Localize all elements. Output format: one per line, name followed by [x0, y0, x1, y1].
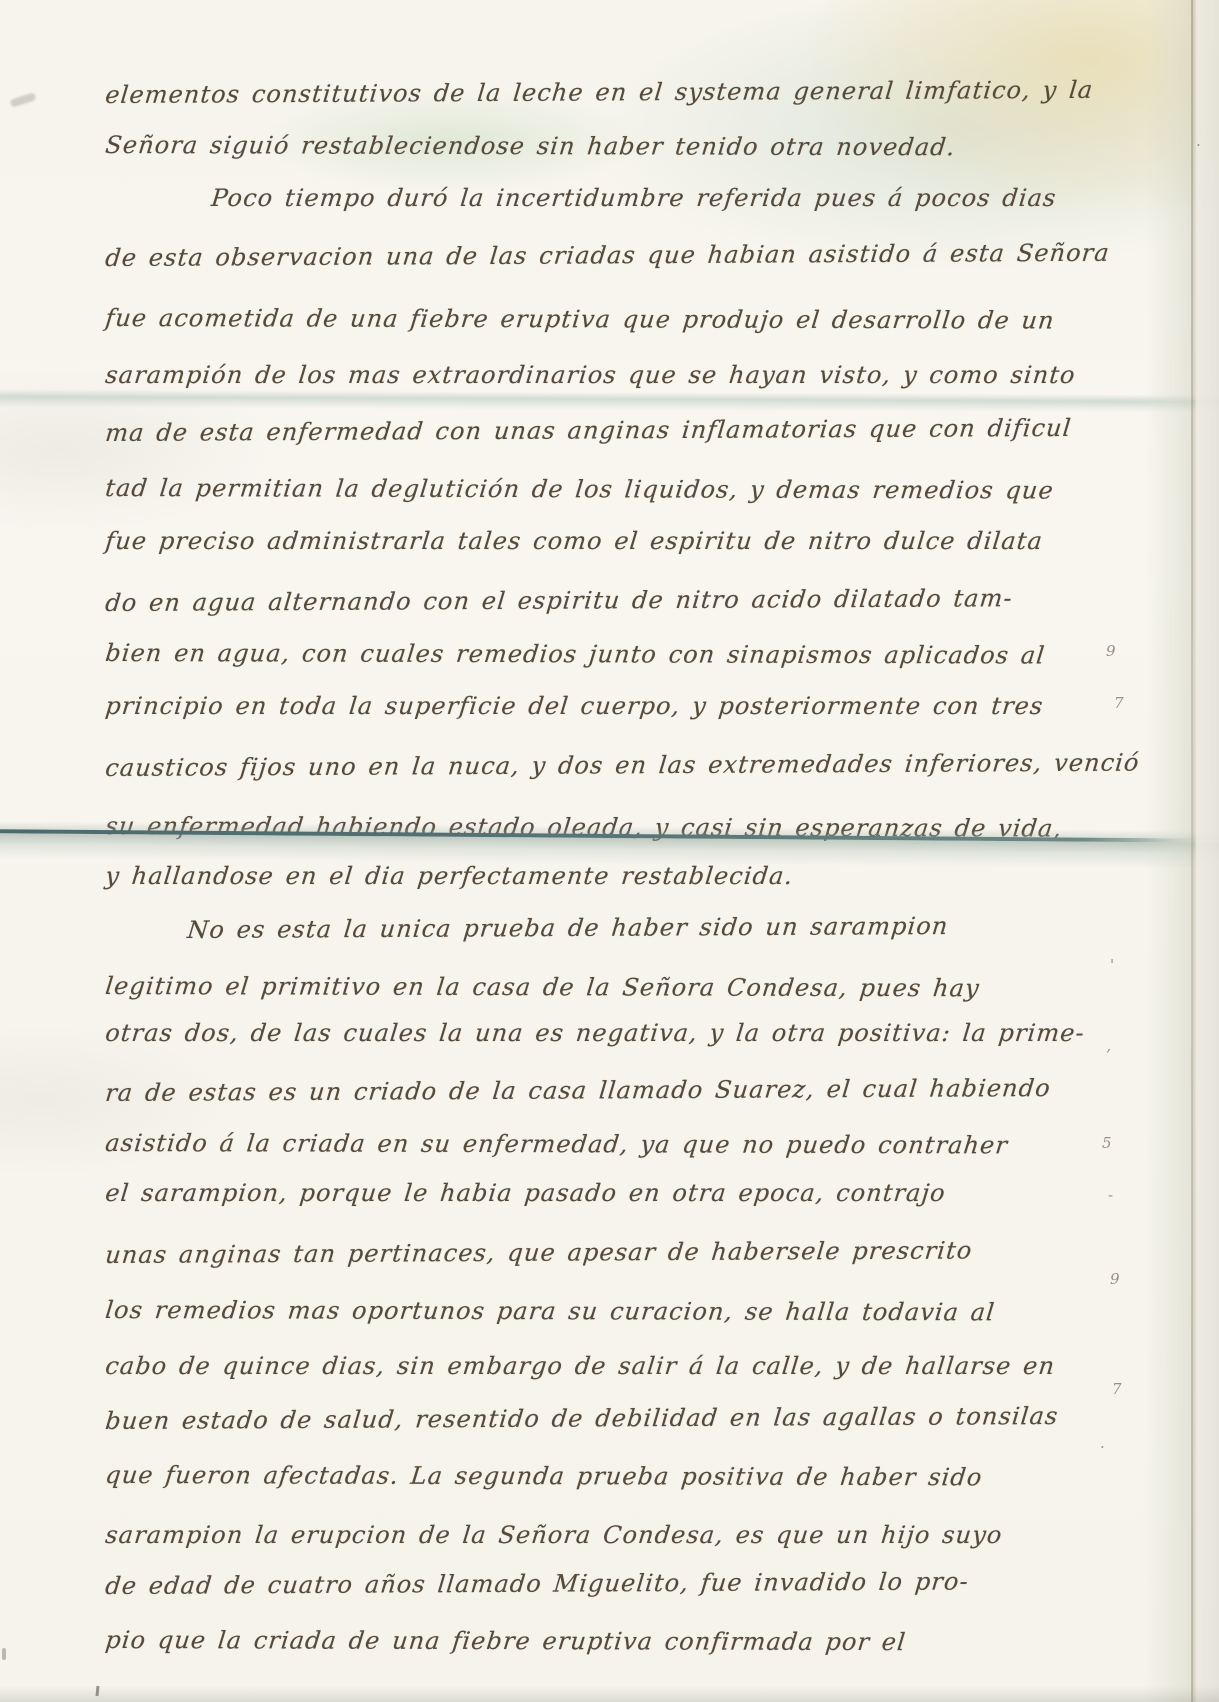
- manuscript-line: los remedios mas oportunos para su curac…: [104, 1296, 997, 1326]
- ink-bleed-mark: 7: [1114, 694, 1124, 712]
- manuscript-line: que fueron afectadas. La segunda prueba …: [104, 1461, 984, 1491]
- manuscript-line: Señora siguió restableciendose sin haber…: [104, 131, 957, 161]
- manuscript-line: ra de estas es un criado de la casa llam…: [104, 1074, 1052, 1107]
- manuscript-line: No es esta la unica prueba de haber sido…: [186, 912, 950, 944]
- manuscript-line: sarampión de los mas extraordinarios que…: [104, 361, 1077, 389]
- manuscript-line: bien en agua, con cuales remedios junto …: [104, 639, 1047, 669]
- manuscript-line: sarampion la erupcion de la Señora Conde…: [104, 1521, 1004, 1549]
- manuscript-line: legitimo el primitivo en la casa de la S…: [104, 972, 981, 1002]
- manuscript-line: ma de esta enfermedad con unas anginas i…: [104, 414, 1073, 447]
- manuscript-line: el sarampion, porque le habia pasado en …: [104, 1179, 947, 1207]
- ink-bleed-mark: ’: [1106, 1046, 1111, 1064]
- manuscript-line: causticos fijos uno en la nuca, y dos en…: [104, 749, 1141, 782]
- ink-bleed-mark: .: [1100, 1434, 1105, 1452]
- ink-bleed-mark: ·: [1196, 136, 1201, 154]
- manuscript-line: de esta observacion una de las criadas q…: [104, 239, 1111, 272]
- ink-bleed-mark: 9: [1106, 642, 1116, 660]
- manuscript-line: fue acometida de una fiebre eruptiva que…: [104, 304, 1056, 334]
- page-right-edge: [1145, 0, 1219, 1702]
- page-edge-line: [1191, 0, 1193, 1702]
- manuscript-line: otras dos, de las cuales la una es negat…: [104, 1019, 1086, 1047]
- paper-smudge: [2, 1648, 6, 1660]
- scan-bottom-shadow: [0, 1686, 1219, 1702]
- ink-bleed-mark: -: [1108, 1186, 1113, 1204]
- ink-bleed-mark: 9: [1110, 1270, 1120, 1288]
- ink-bleed-mark: 7: [1112, 1380, 1122, 1398]
- manuscript-line: elementos constitutivos de la leche en e…: [104, 76, 1095, 109]
- manuscript-line: tad la permitian la deglutición de los l…: [104, 474, 1055, 504]
- ink-bleed-mark: ': [1110, 956, 1114, 974]
- manuscript-line: unas anginas tan pertinaces, que apesar …: [104, 1236, 974, 1269]
- manuscript-page: elementos constitutivos de la leche en e…: [0, 0, 1219, 1702]
- manuscript-line: fue preciso administrarla tales como el …: [104, 527, 1044, 555]
- manuscript-line: cabo de quince dias, sin embargo de sali…: [104, 1352, 1057, 1380]
- manuscript-line: do en agua alternando con el espiritu de…: [104, 584, 1014, 617]
- manuscript-line: Poco tiempo duró la incertidumbre referi…: [210, 184, 1058, 212]
- manuscript-line: de edad de cuatro años llamado Miguelito…: [104, 1567, 970, 1600]
- ink-bleed-mark: 5: [1102, 1134, 1112, 1152]
- manuscript-line: asistido á la criada en su enfermedad, y…: [104, 1129, 1010, 1159]
- manuscript-line: buen estado de salud, resentido de debil…: [104, 1402, 1060, 1435]
- manuscript-line: pio que la criada de una fiebre eruptiva…: [104, 1626, 908, 1656]
- manuscript-line: principio en toda la superficie del cuer…: [104, 692, 1045, 720]
